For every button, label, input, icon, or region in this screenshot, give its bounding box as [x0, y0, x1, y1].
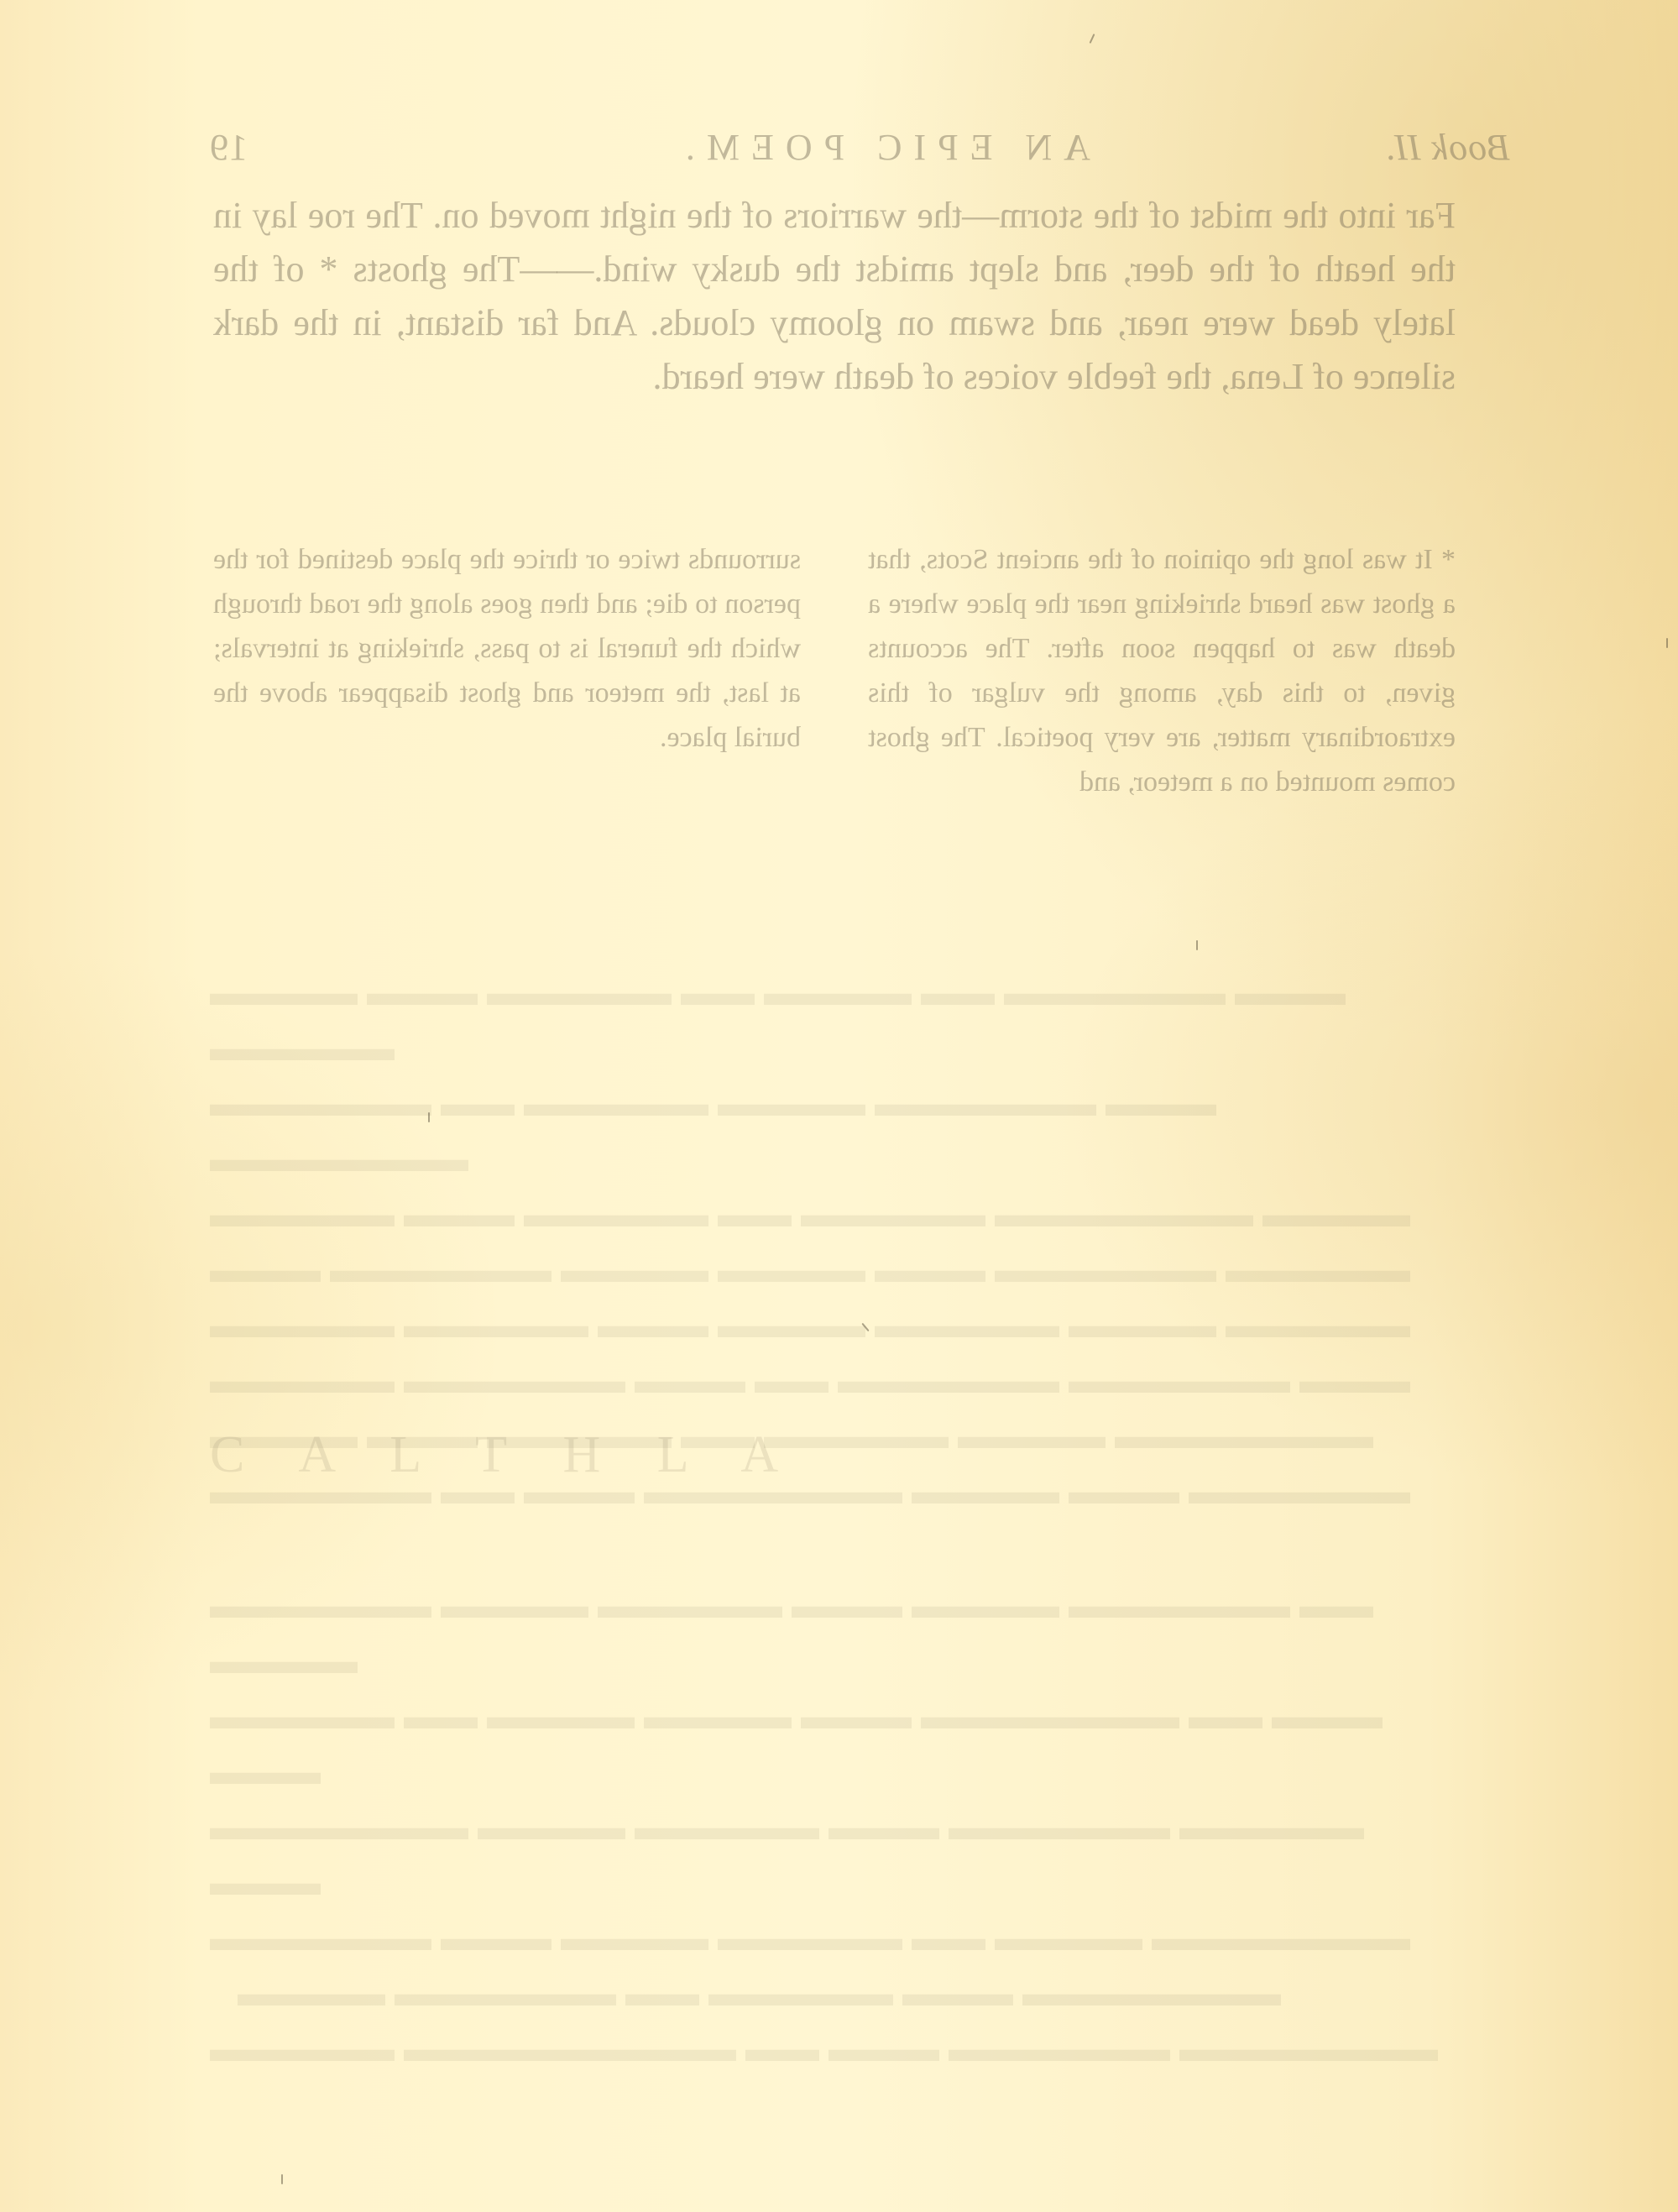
paper-speck	[428, 1112, 430, 1122]
mirrored-print-layer: Book II. AN EPIC POEM. 19 Far into the m…	[0, 0, 1678, 2212]
paper-speck	[1666, 638, 1668, 648]
footnote-column-1: * It was long the opinion of the ancient…	[868, 537, 1456, 804]
poem-paragraph: Far into the midst of the storm—the warr…	[213, 189, 1456, 404]
book-number: Book II.	[1384, 126, 1510, 169]
scanned-page: ▬▬▬▬ ▬▬▬ ▬▬▬▬▬ ▬▬ ▬▬▬▬ ▬▬ ▬▬▬▬▬▬ ▬▬▬ ▬▬▬…	[0, 0, 1678, 2212]
footnote-column-2: surrounds twice or thrice the place dest…	[213, 537, 801, 804]
running-title: AN EPIC POEM.	[674, 126, 1090, 169]
paper-speck	[1196, 940, 1198, 950]
footnotes: * It was long the opinion of the ancient…	[213, 537, 1456, 804]
paper-speck	[281, 2174, 283, 2184]
page-number: 19	[209, 126, 248, 169]
